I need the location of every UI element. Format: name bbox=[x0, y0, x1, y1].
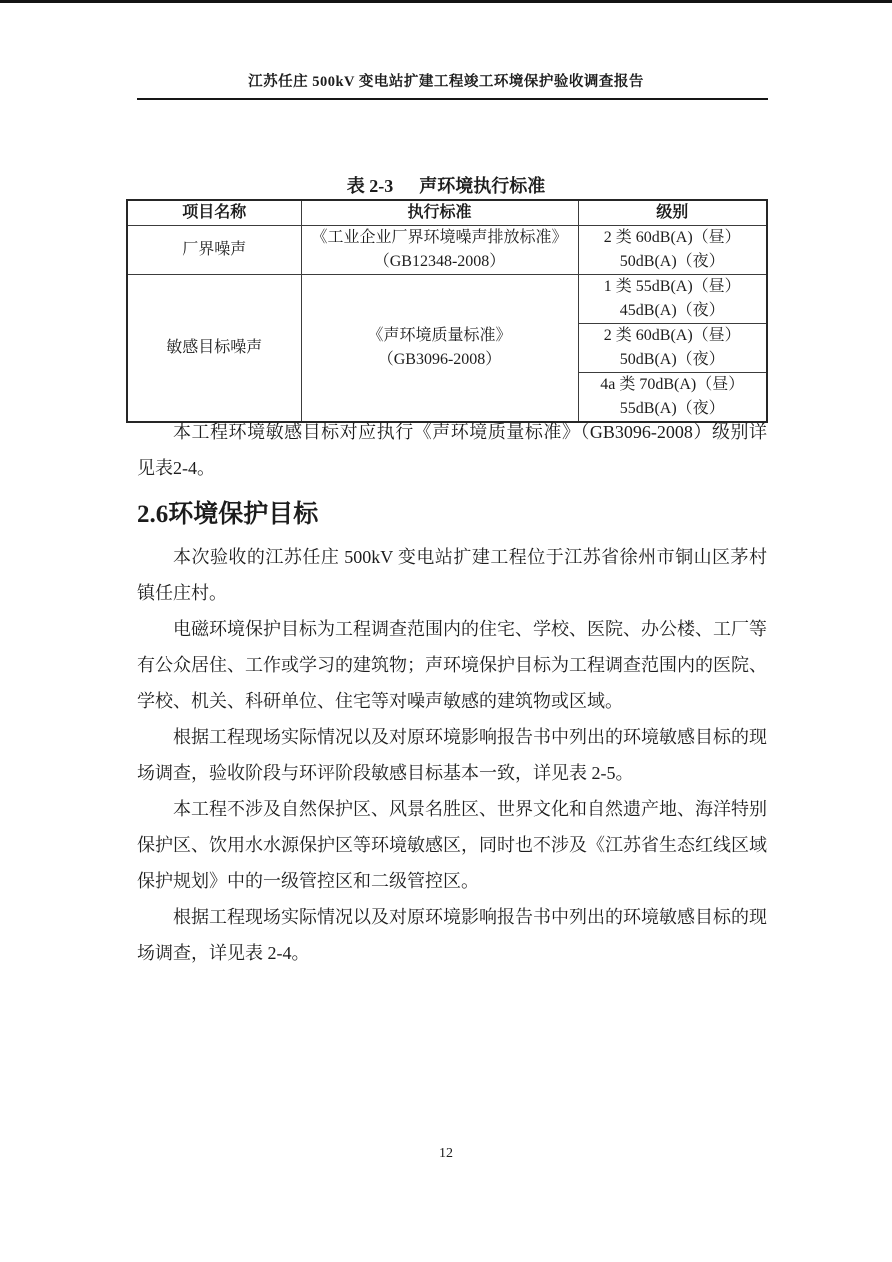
col-header-standard: 执行标准 bbox=[301, 200, 578, 226]
col-header-project-name: 项目名称 bbox=[127, 200, 301, 226]
table-caption-title: 声环境执行标准 bbox=[419, 176, 545, 196]
cell-project-name: 厂界噪声 bbox=[127, 226, 301, 275]
section-heading-2-6: 2.6环境保护目标 bbox=[137, 499, 767, 531]
cell-standard: 《工业企业厂界环境噪声排放标准》 （GB12348-2008） bbox=[301, 226, 578, 275]
document-body: 本工程环境敏感目标对应执行《声环境质量标准》（GB3096-2008）级别详见表… bbox=[137, 414, 767, 971]
page-top-border bbox=[0, 0, 892, 3]
standard-line: 《工业企业厂界环境噪声排放标准》 bbox=[302, 226, 578, 250]
paragraph-project-location: 本次验收的江苏任庄 500kV 变电站扩建工程位于江苏省徐州市铜山区茅村镇任庄村… bbox=[137, 539, 767, 611]
paragraph-protection-targets: 电磁环境保护目标为工程调查范围内的住宅、学校、医院、办公楼、工厂等有公众居住、工… bbox=[137, 611, 767, 719]
level-line: 50dB(A)（夜） bbox=[579, 348, 767, 372]
level-line: 50dB(A)（夜） bbox=[579, 250, 767, 274]
paragraph-sensitive-areas: 本工程不涉及自然保护区、风景名胜区、世界文化和自然遗产地、海洋特别保护区、饮用水… bbox=[137, 791, 767, 899]
paragraph-table-reference: 本工程环境敏感目标对应执行《声环境质量标准》（GB3096-2008）级别详见表… bbox=[137, 414, 767, 486]
level-line: 1 类 55dB(A)（昼） bbox=[579, 275, 767, 299]
table-header-row: 项目名称 执行标准 级别 bbox=[127, 200, 767, 226]
level-line: 2 类 60dB(A)（昼） bbox=[579, 324, 767, 348]
col-header-level: 级别 bbox=[578, 200, 767, 226]
cell-standard: 《声环境质量标准》 （GB3096-2008） bbox=[301, 275, 578, 423]
cell-level: 1 类 55dB(A)（昼） 45dB(A)（夜） bbox=[578, 275, 767, 324]
paragraph-site-survey-2-5: 根据工程现场实际情况以及对原环境影响报告书中列出的环境敏感目标的现场调查，验收阶… bbox=[137, 719, 767, 791]
table-caption: 表 2-3声环境执行标准 bbox=[126, 172, 766, 198]
cell-project-name: 敏感目标噪声 bbox=[127, 275, 301, 423]
table-caption-label: 表 2-3 bbox=[347, 176, 394, 196]
table-row-boundary-noise: 厂界噪声 《工业企业厂界环境噪声排放标准》 （GB12348-2008） 2 类… bbox=[127, 226, 767, 275]
standard-line: （GB3096-2008） bbox=[302, 348, 578, 372]
cell-level: 2 类 60dB(A)（昼） 50dB(A)（夜） bbox=[578, 324, 767, 373]
noise-standards-table: 项目名称 执行标准 级别 厂界噪声 《工业企业厂界环境噪声排放标准》 （GB12… bbox=[126, 199, 768, 423]
level-line: 2 类 60dB(A)（昼） bbox=[579, 226, 767, 250]
standard-line: （GB12348-2008） bbox=[302, 250, 578, 274]
header-divider bbox=[137, 98, 768, 100]
level-line: 45dB(A)（夜） bbox=[579, 299, 767, 323]
table-row-sensitive-target-noise: 敏感目标噪声 《声环境质量标准》 （GB3096-2008） 1 类 55dB(… bbox=[127, 275, 767, 324]
standard-line: 《声环境质量标准》 bbox=[302, 324, 578, 348]
page-number: 12 bbox=[0, 1146, 892, 1162]
page-header-title: 江苏任庄 500kV 变电站扩建工程竣工环境保护验收调查报告 bbox=[0, 70, 892, 91]
paragraph-site-survey-2-4: 根据工程现场实际情况以及对原环境影响报告书中列出的环境敏感目标的现场调查，详见表… bbox=[137, 899, 767, 971]
level-line: 4a 类 70dB(A)（昼） bbox=[579, 373, 767, 397]
cell-level: 2 类 60dB(A)（昼） 50dB(A)（夜） bbox=[578, 226, 767, 275]
